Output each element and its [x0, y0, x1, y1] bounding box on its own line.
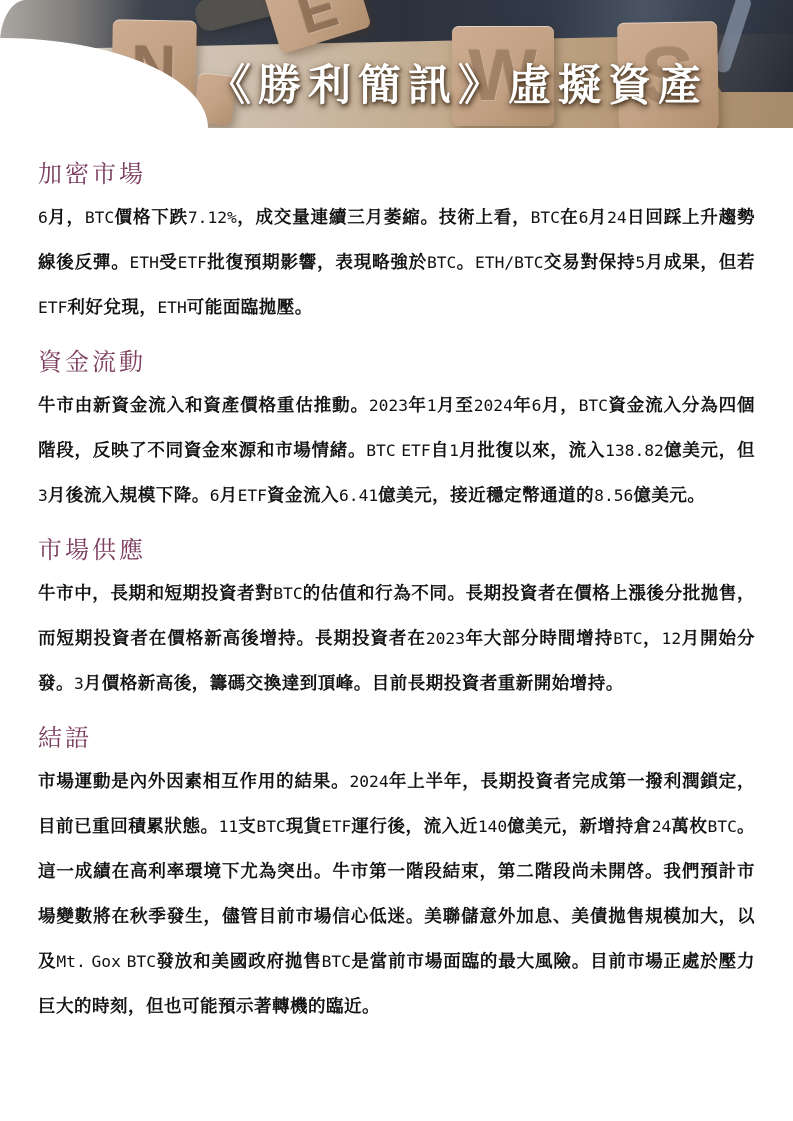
latin-text: 6 — [532, 396, 542, 415]
latin-text: ETF — [238, 486, 267, 505]
latin-text: 2023 — [369, 396, 408, 415]
latin-text: ETF — [322, 817, 351, 836]
latin-text: 24 — [652, 817, 672, 836]
latin-text: 5 — [635, 253, 645, 272]
latin-text: Gox — [92, 952, 121, 971]
latin-text: 1 — [427, 396, 437, 415]
section-body-market-supply: 牛市中，長期和短期投資者對BTC的估值和行為不同。長期投資者在價格上漲後分批拋售… — [38, 571, 755, 706]
header-banner: E N W S 《勝利簡訊》虛擬資產 — [0, 0, 793, 128]
latin-text: ETF — [38, 298, 67, 317]
latin-text: 2024 — [349, 772, 388, 791]
latin-text: 2023 — [426, 629, 465, 648]
photo-tie-stripe — [713, 0, 753, 75]
latin-text: ETH — [157, 298, 186, 317]
section-body-fund-flows: 牛市由新資金流入和資產價格重估推動。2023年1月至2024年6月，BTC資金流… — [38, 383, 755, 518]
section-body-crypto-market: 6月，BTC價格下跌7.12%，成交量連續三月萎縮。技術上看，BTC在6月24日… — [38, 195, 755, 330]
latin-text: 3 — [74, 674, 84, 693]
latin-text: 6 — [210, 486, 220, 505]
section-heading-market-supply: 市場供應 — [38, 530, 755, 565]
latin-text: 12 — [662, 629, 682, 648]
page-title: 《勝利簡訊》虛擬資產 — [208, 52, 708, 113]
latin-text: 6.41 — [339, 486, 378, 505]
latin-text: 6 — [579, 208, 589, 227]
latin-text: ETH/BTC — [475, 253, 544, 272]
section-heading-crypto-market: 加密市場 — [38, 154, 755, 189]
latin-text: 3 — [38, 486, 48, 505]
latin-text: 1 — [449, 441, 459, 460]
block-letter-e: E — [292, 0, 344, 43]
latin-text: BTC — [322, 952, 351, 971]
latin-text: BTC — [256, 817, 285, 836]
latin-text: 2024 — [474, 396, 513, 415]
latin-text: BTC — [708, 817, 737, 836]
section-heading-fund-flows: 資金流動 — [38, 342, 755, 377]
section-body-conclusion: 市場運動是內外因素相互作用的結果。2024年上半年，長期投資者完成第一撥利潤鎖定… — [38, 759, 755, 1029]
latin-text: Mt. — [56, 952, 85, 971]
latin-text: 7.12% — [188, 208, 237, 227]
latin-text: ETF — [401, 441, 430, 460]
latin-text: ETF — [178, 253, 207, 272]
section-heading-conclusion: 結語 — [38, 718, 755, 753]
latin-text: ETH — [130, 253, 159, 272]
latin-text: 11 — [219, 817, 239, 836]
latin-text: 24 — [607, 208, 627, 227]
newsletter-page: E N W S 《勝利簡訊》虛擬資產 加密市場 6月，BTC價格下跌7.12%，… — [0, 0, 793, 1121]
latin-text: 138.82 — [605, 441, 664, 460]
latin-text: BTC — [85, 208, 114, 227]
latin-text: BTC — [127, 952, 156, 971]
latin-text: BTC — [427, 253, 456, 272]
article-content: 加密市場 6月，BTC價格下跌7.12%，成交量連續三月萎縮。技術上看，BTC在… — [0, 128, 793, 1029]
latin-text: BTC — [531, 208, 560, 227]
latin-text: BTC — [366, 441, 395, 460]
latin-text: BTC — [579, 396, 608, 415]
latin-text: BTC — [273, 584, 302, 603]
latin-text: 8.56 — [594, 486, 633, 505]
latin-text: 6 — [38, 208, 48, 227]
latin-text: BTC — [613, 629, 642, 648]
latin-text: 140 — [478, 817, 507, 836]
